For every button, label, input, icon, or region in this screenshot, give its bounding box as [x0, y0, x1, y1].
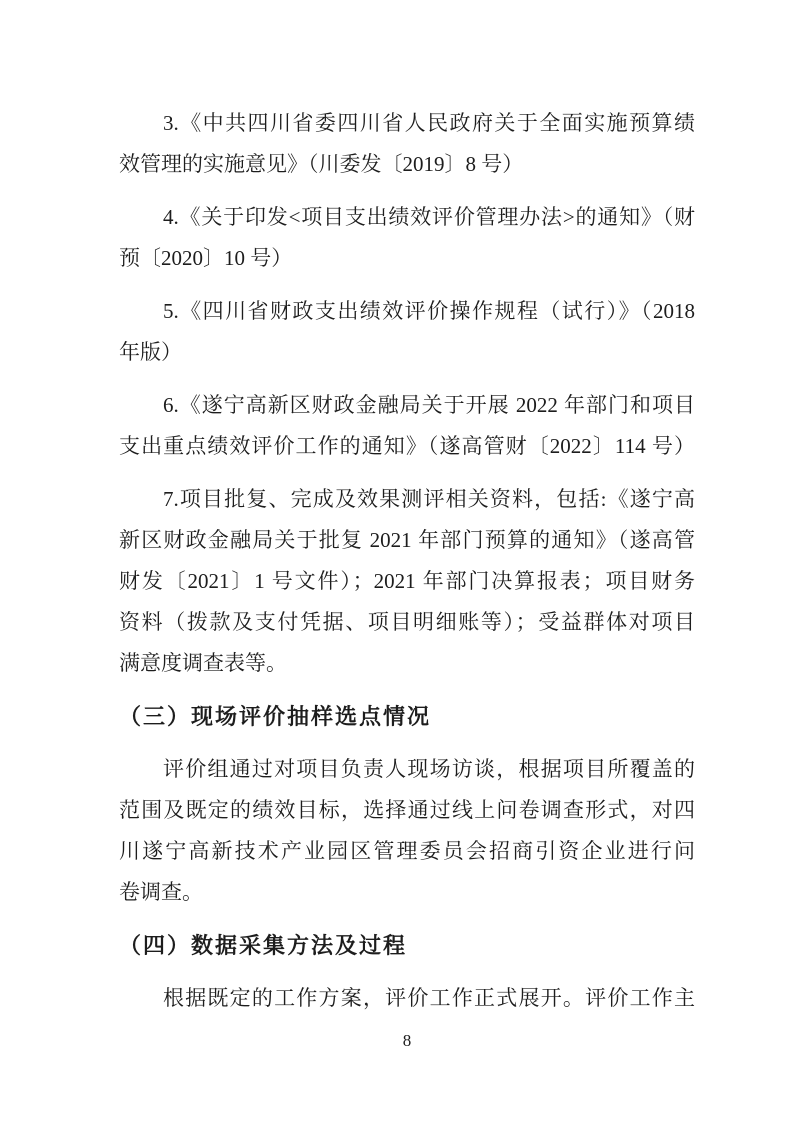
- text-line: 预〔2020〕10 号）: [119, 238, 695, 279]
- text-line: 卷调查。: [119, 872, 695, 913]
- list-item-3: 3.《中共四川省委四川省人民政府关于全面实施预算绩 效管理的实施意见》（川委发〔…: [119, 103, 695, 185]
- section-heading-3: （三）现场评价抽样选点情况: [119, 696, 695, 737]
- list-item-7: 7.项目批复、完成及效果测评相关资料，包括:《遂宁高 新区财政金融局关于批复 2…: [119, 479, 695, 684]
- text-line: 5.《四川省财政支出绩效评价操作规程（试行）》（2018: [119, 291, 695, 332]
- page-content: 3.《中共四川省委四川省人民政府关于全面实施预算绩 效管理的实施意见》（川委发〔…: [119, 103, 695, 1019]
- text-line: 财发〔2021〕1 号文件）；2021 年部门决算报表；项目财务: [119, 561, 695, 602]
- body-paragraph: 评价组通过对项目负责人现场访谈，根据项目所覆盖的 范围及既定的绩效目标，选择通过…: [119, 749, 695, 913]
- document-page: 3.《中共四川省委四川省人民政府关于全面实施预算绩 效管理的实施意见》（川委发〔…: [0, 0, 793, 1122]
- page-number: 8: [403, 1031, 412, 1050]
- text-line: 4.《关于印发<项目支出绩效评价管理办法>的通知》（财: [119, 197, 695, 238]
- text-line: 支出重点绩效评价工作的通知》（遂高管财〔2022〕114 号）: [119, 426, 695, 467]
- list-item-5: 5.《四川省财政支出绩效评价操作规程（试行）》（2018 年版）: [119, 291, 695, 373]
- text-line: 6.《遂宁高新区财政金融局关于开展 2022 年部门和项目: [119, 385, 695, 426]
- text-line: 满意度调查表等。: [119, 643, 695, 684]
- text-line: 根据既定的工作方案，评价工作正式展开。评价工作主: [119, 978, 695, 1019]
- body-paragraph: 根据既定的工作方案，评价工作正式展开。评价工作主: [119, 978, 695, 1019]
- text-line: 效管理的实施意见》（川委发〔2019〕8 号）: [119, 144, 695, 185]
- section-heading-4: （四）数据采集方法及过程: [119, 925, 695, 966]
- list-item-4: 4.《关于印发<项目支出绩效评价管理办法>的通知》（财 预〔2020〕10 号）: [119, 197, 695, 279]
- page-footer: 8: [119, 1031, 695, 1051]
- text-line: 年版）: [119, 332, 695, 373]
- text-line: 7.项目批复、完成及效果测评相关资料，包括:《遂宁高: [119, 479, 695, 520]
- text-line: 新区财政金融局关于批复 2021 年部门预算的通知》（遂高管: [119, 520, 695, 561]
- text-line: 评价组通过对项目负责人现场访谈，根据项目所覆盖的: [119, 749, 695, 790]
- text-line: 3.《中共四川省委四川省人民政府关于全面实施预算绩: [119, 103, 695, 144]
- text-line: 范围及既定的绩效目标，选择通过线上问卷调查形式，对四: [119, 790, 695, 831]
- text-line: 川遂宁高新技术产业园区管理委员会招商引资企业进行问: [119, 831, 695, 872]
- heading-text: （三）现场评价抽样选点情况: [119, 696, 695, 737]
- list-item-6: 6.《遂宁高新区财政金融局关于开展 2022 年部门和项目 支出重点绩效评价工作…: [119, 385, 695, 467]
- heading-text: （四）数据采集方法及过程: [119, 925, 695, 966]
- text-line: 资料（拨款及支付凭据、项目明细账等）；受益群体对项目: [119, 602, 695, 643]
